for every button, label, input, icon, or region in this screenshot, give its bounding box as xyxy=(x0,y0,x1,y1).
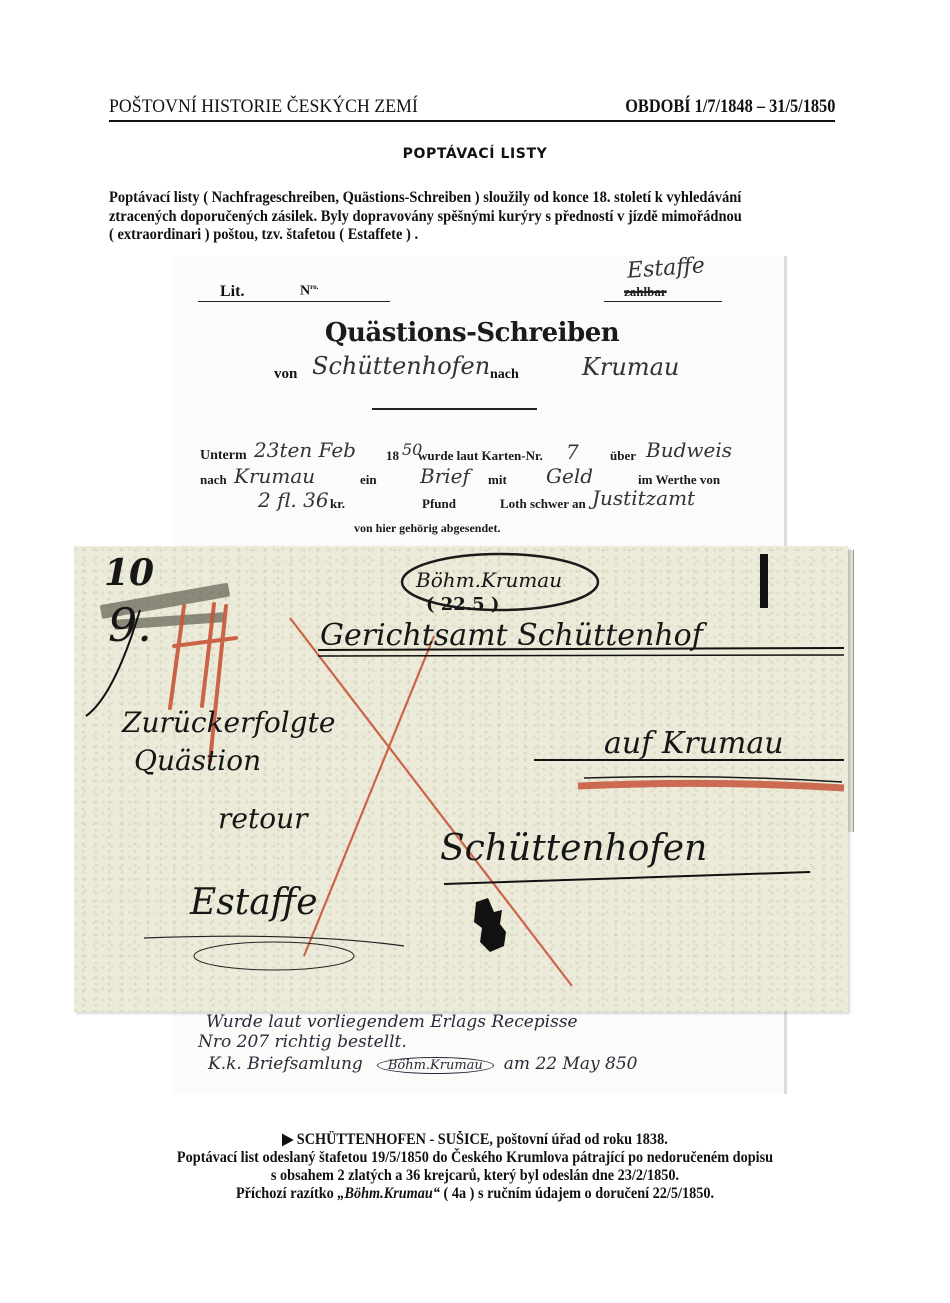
lit-label: Lit. xyxy=(220,283,244,301)
header-period: OBDOBÍ 1/7/1848 – 31/5/1850 xyxy=(625,96,835,118)
nach-handwriting: Krumau xyxy=(234,464,315,488)
pfund-label: Pfund xyxy=(422,496,456,512)
struck-underline xyxy=(604,301,722,302)
envelope-cover: 10 9. Böhm.Krumau ( 22.5 ) Gerichtsamt S… xyxy=(74,546,848,1012)
caption: ▶ SCHÜTTENHOFEN - SUŠICE, poštovní úřad … xyxy=(0,1131,950,1203)
estaffe-handwriting: Estaffe xyxy=(626,253,705,283)
recipient-handwriting: Justitzamt xyxy=(592,486,695,510)
postmark-date: ( 22.5 ) xyxy=(426,594,499,615)
loth-label: Loth schwer an xyxy=(500,496,586,512)
wurde-label: wurde laut Karten-Nr. xyxy=(418,448,543,464)
year-prefix: 18 xyxy=(386,448,399,464)
struck-word: zahlbar xyxy=(624,284,667,300)
amount-handwriting: 2 fl. 36 xyxy=(258,488,329,512)
von-handwriting: Schüttenhofen xyxy=(312,352,490,380)
title-divider xyxy=(372,408,537,410)
envelope-markings-icon xyxy=(74,546,848,1012)
form-row-4: von hier gehörig abgesendet. xyxy=(172,516,784,540)
rate-bottom-mark: 9. xyxy=(108,598,152,652)
nach-label: nach xyxy=(200,472,227,488)
destination-address: Schüttenhofen xyxy=(440,828,707,869)
krumau-oval-stamp: Böhm.Krumau xyxy=(377,1057,494,1074)
uber-handwriting: Budweis xyxy=(646,438,732,462)
nach-handwriting: Krumau xyxy=(582,353,679,381)
unterm-label: Unterm xyxy=(200,448,247,464)
estaffe-note: Estaffe xyxy=(190,882,318,923)
note-retour: retour xyxy=(218,802,307,835)
intro-line: ztracených doporučených zásilek. Byly do… xyxy=(109,208,801,227)
date-handwriting: 23ten Feb xyxy=(254,438,356,462)
form-title: Quästions-Schreiben xyxy=(172,318,772,348)
struck-destination-line: auf Krumau xyxy=(604,726,784,761)
section-title: POPTÁVACÍ LISTY xyxy=(0,146,950,162)
page-header: POŠTOVNÍ HISTORIE ČESKÝCH ZEMÍ OBDOBÍ 1/… xyxy=(109,96,835,122)
delivery-note-line-1: Wurde laut vorliegendem Erlags Recepisse xyxy=(206,1012,578,1032)
header-title: POŠTOVNÍ HISTORIE ČESKÝCH ZEMÍ xyxy=(109,96,418,118)
postmark-oval-text: Böhm.Krumau xyxy=(416,568,562,592)
abgesendet-label: von hier gehörig abgesendet. xyxy=(354,521,500,536)
kr-label: kr. xyxy=(330,496,345,512)
intro-line: ( extraordinari ) poštou, tzv. štafetou … xyxy=(109,226,801,245)
caption-line-4: Příchozí razítko „Böhm.Krumau“ ( 4a ) s … xyxy=(177,1185,773,1203)
delivery-note-line-3: K.k. Briefsamlung Böhm.Krumau am 22 May … xyxy=(208,1054,638,1074)
form-row-3: 2 fl. 36 kr. Pfund Loth schwer an Justit… xyxy=(172,492,784,516)
nach-label: nach xyxy=(490,367,519,383)
mit-label: mit xyxy=(488,472,507,488)
delivery-date-text: am 22 May 850 xyxy=(504,1054,638,1074)
uber-label: über xyxy=(610,448,636,464)
mit-handwriting: Geld xyxy=(546,464,593,488)
ein-handwriting: Brief xyxy=(420,464,470,488)
von-label: von xyxy=(274,366,297,383)
caption-line-2: Poptávací list odeslaný štafetou 19/5/18… xyxy=(177,1149,773,1167)
intro-paragraph: Poptávací listy ( Nachfrageschreiben, Qu… xyxy=(109,189,801,245)
nr-label: Nro. xyxy=(300,283,318,300)
ein-label: ein xyxy=(360,472,377,488)
note-zuruckerfolgte: Zurückerfolgte xyxy=(122,706,335,739)
caption-line-1: ▶ SCHÜTTENHOFEN - SUŠICE, poštovní úřad … xyxy=(177,1131,773,1149)
caption-line-3: s obsahem 2 zlatých a 36 krejcarů, který… xyxy=(177,1167,773,1185)
delivery-note-line-2: Nro 207 richtig bestellt. xyxy=(198,1032,407,1052)
lit-underline xyxy=(198,301,390,302)
struck-address-line: Gerichtsamt Schüttenhof xyxy=(320,618,703,653)
rate-top-mark: 10 xyxy=(104,552,154,594)
intro-line: Poptávací listy ( Nachfrageschreiben, Qu… xyxy=(109,189,801,208)
note-quastion: Quästion xyxy=(134,744,261,777)
karten-nr-handwriting: 7 xyxy=(566,440,579,464)
briefsamlung-text: K.k. Briefsamlung xyxy=(208,1054,363,1074)
